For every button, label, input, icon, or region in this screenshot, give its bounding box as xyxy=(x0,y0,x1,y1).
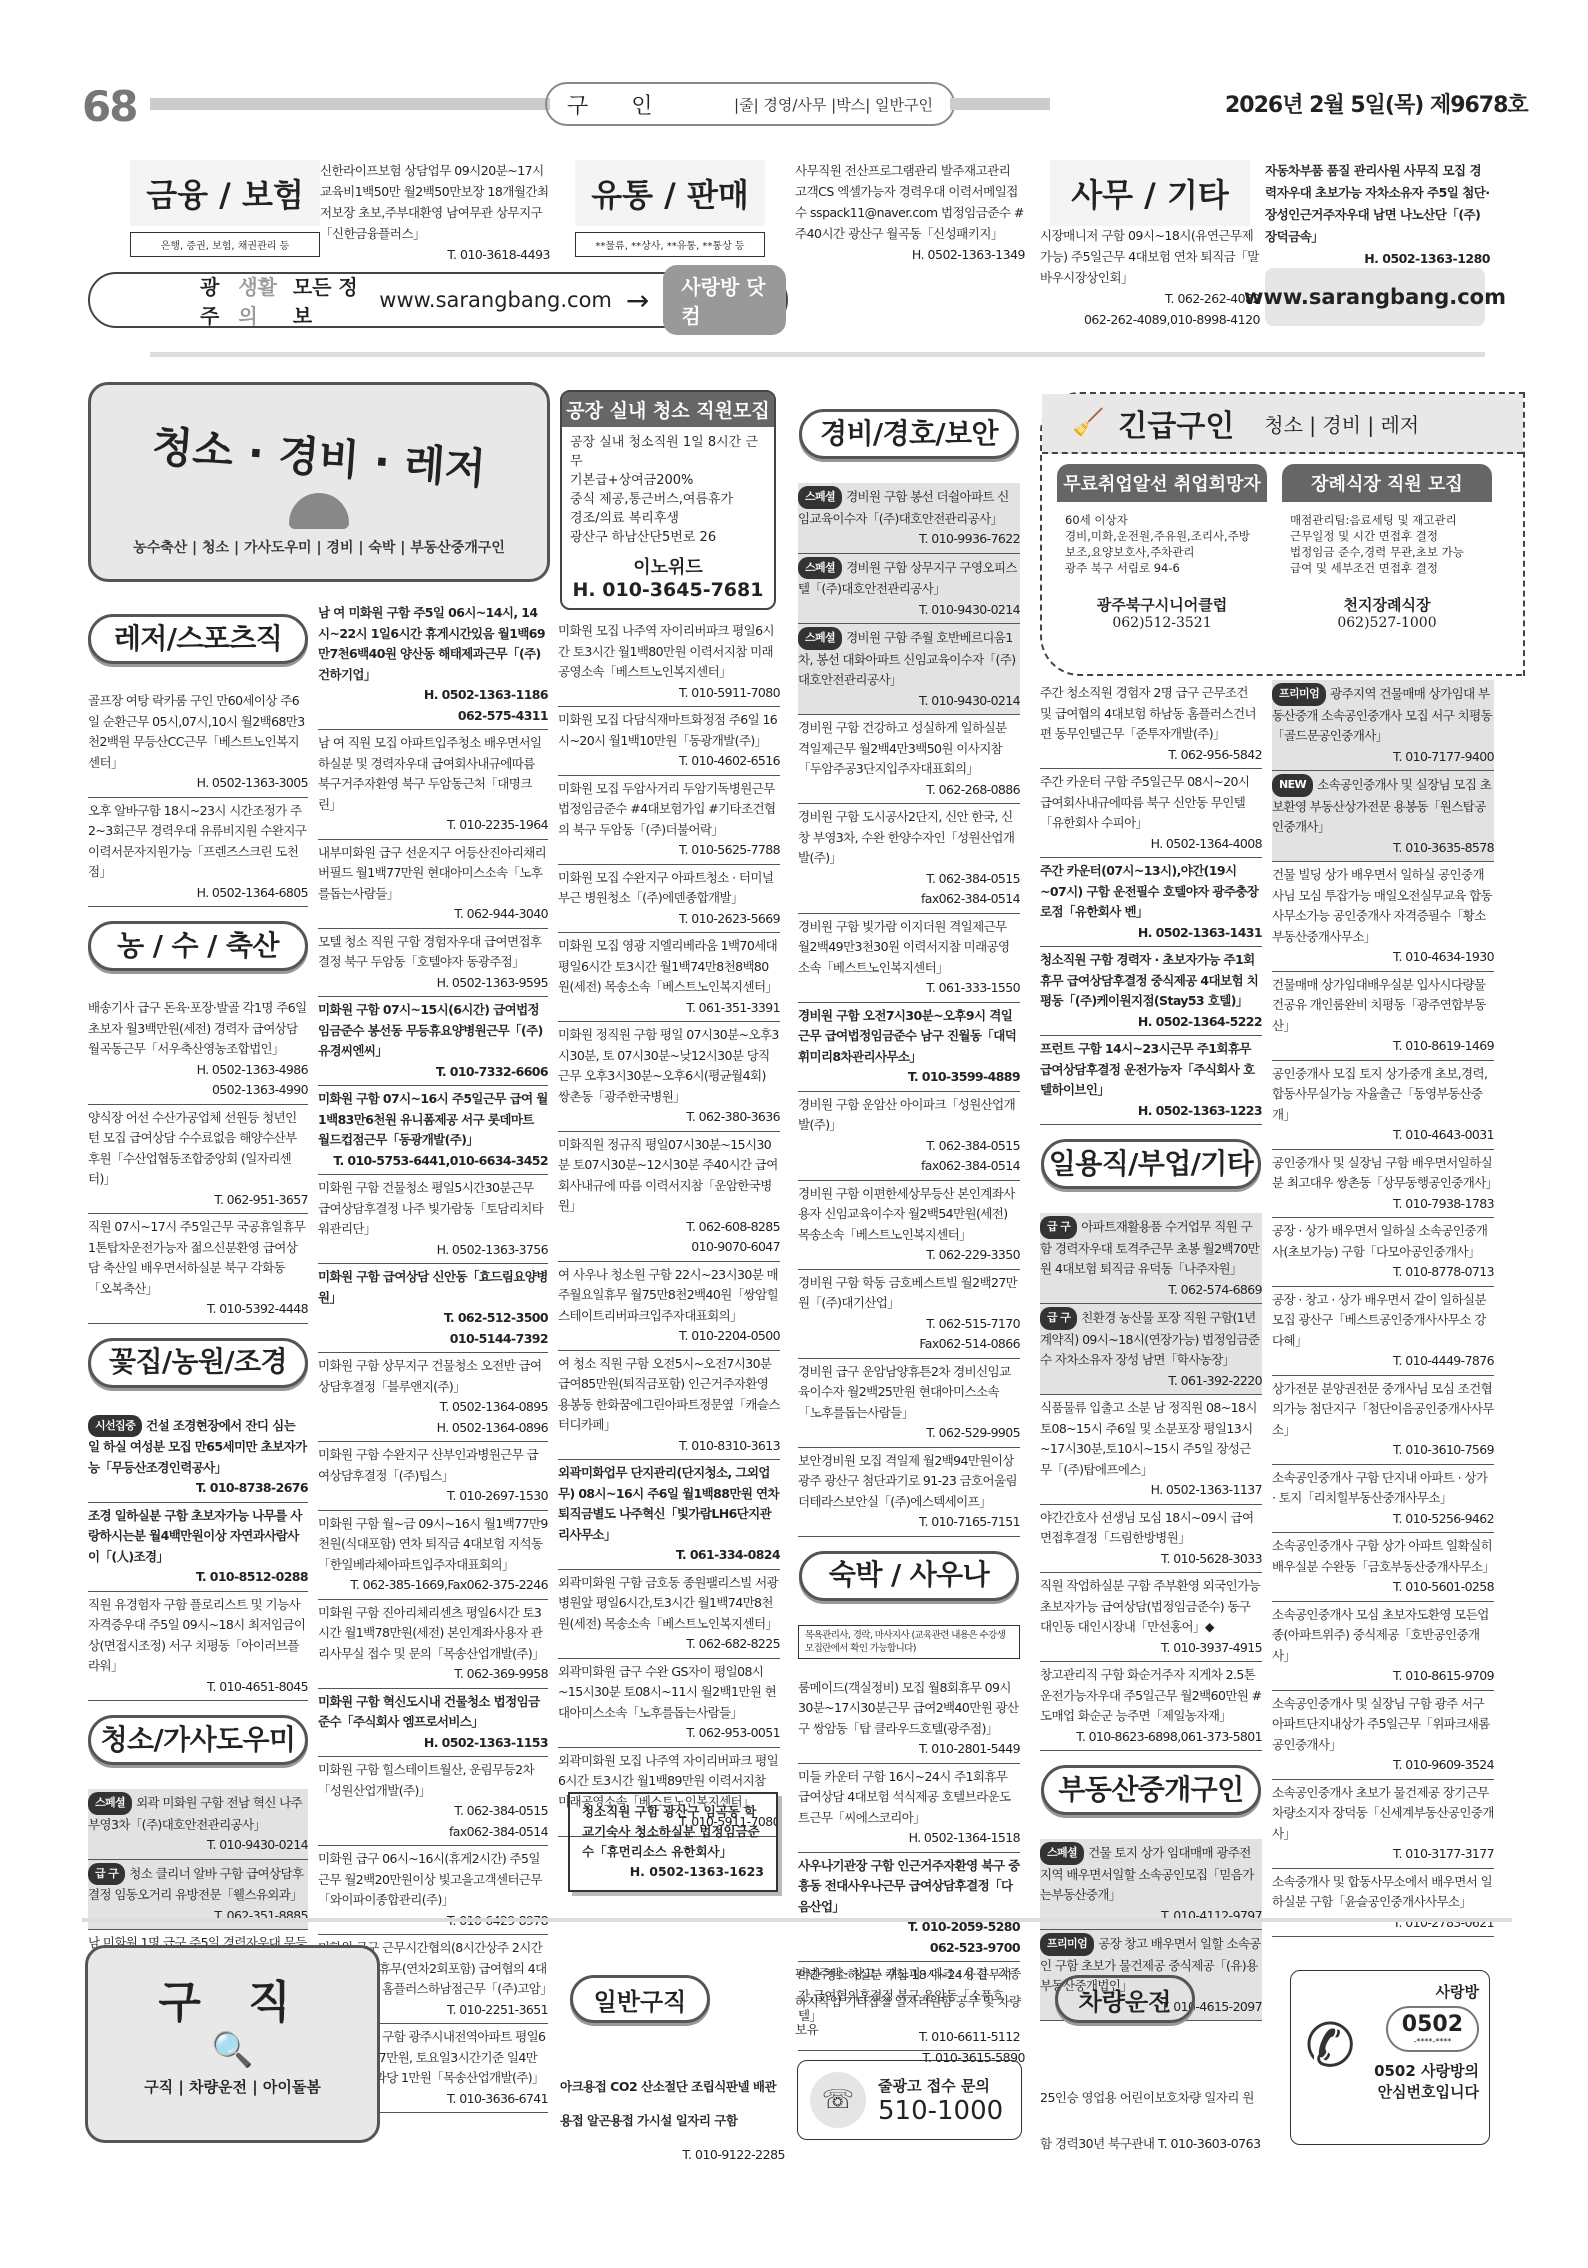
ad-phone: T. 010-3603-0763 xyxy=(1158,2136,1261,2151)
bullet: 중식 제공,통근버스,여름휴가 xyxy=(570,490,766,509)
classified-ad: 스페셜건물 토지 상가 임대매매 광주전지역 배우면서일할 소속공인모집「믿음가… xyxy=(1040,1839,1262,1930)
ad-text: 공인중개사 모집 토지 상가중개 초보,경력,합동사무실가능 자율출근「동영부동… xyxy=(1272,1066,1487,1122)
ad-phone: T. 062-385-1669,Fax062-375-2246 xyxy=(318,1575,548,1596)
ad-phone: fax062-384-0514 xyxy=(318,1822,548,1843)
classified-ad: 건물매매 상가임대배우실분 입사시다량물건공유 개인룸완비 치평동「광주연합부동… xyxy=(1272,972,1494,1061)
ad-text: 공장 · 창고 · 상가 배우면서 같이 일하실분 모집 광산구「베스트공인중개… xyxy=(1272,1292,1486,1348)
ad-phone: T. 010-8310-3613 xyxy=(558,1436,780,1457)
classified-ad: 미화원 구함 급여상담 신안동「효드림요양병원」T. 062-512-35000… xyxy=(318,1264,548,1353)
ad-phone: T. 010-3177-3177 xyxy=(1272,1844,1494,1865)
ad-text: 미화원 구함 혁신도시내 건물청소 법정임금준수「주식회사 엠프로서비스」 xyxy=(318,1694,540,1730)
category-title: 레저/스포츠직 xyxy=(88,614,308,664)
ad-phone: T. 062-384-0515 xyxy=(798,869,1020,890)
classified-ad: 외곽미화원 급구 수완 GS자이 평일08시~15시30분 토08시~11시 월… xyxy=(558,1659,780,1748)
ad-phone: 010-9070-6047 xyxy=(558,1237,780,1258)
ad-phone: T. 010-5601-0258 xyxy=(1272,1577,1494,1598)
ad-text: 프런트 구함 14시~23시근무 주1회휴무 급여상담후결정 운전가능자「주식회… xyxy=(1040,1041,1254,1097)
ad-phone: T. 010-8512-0288 xyxy=(88,1567,308,1588)
ad-phone: H. 0502-1363-1223 xyxy=(1040,1101,1262,1122)
category-title: 일용직/부업/기타 xyxy=(1041,1139,1261,1189)
ad-phone: T. 010-7165-7151 xyxy=(798,1512,1020,1533)
ad-text: 미화원 구함 07시~16시 주5일근무 급여 월1백83만6천원 유니폼제공 … xyxy=(318,1091,548,1147)
classified-ad: 건물 빌딩 상가 배우면서 일하실 공인중개사님 모심 투잡가능 매일오전실무교… xyxy=(1272,862,1494,972)
section-subtitle: |줄| 경영/사무 |박스| 일반구인 xyxy=(734,94,933,115)
ad-badge: 스페셜 xyxy=(798,627,842,650)
classified-ad: 야간간호사 선생님 모심 18시~09시 급여면접후결정「드림한방병원」T. 0… xyxy=(1040,1505,1262,1574)
ad-phone: T. 010-9122-2285 xyxy=(560,2138,785,2172)
ad-phone: T. 061-334-0824 xyxy=(558,1545,780,1566)
factory-ad-title: 공장 실내 청소 직원모집 xyxy=(562,392,774,427)
ad-text: 직원 유경험자 구함 플로리스트 및 기능사자격증우대 주5일 09시~18시 … xyxy=(88,1597,305,1674)
sarangbang-button[interactable]: 사랑방 닷컴 xyxy=(663,265,786,335)
ad-text: 여 사우나 청소원 구함 22시~23시30분 매주월요일휴무 월75만8천2백… xyxy=(558,1267,778,1323)
site-url-box[interactable]: www.sarangbang.com xyxy=(1265,268,1485,326)
classified-ad: 룸메이드(객실정비) 모집 월8회휴무 09시30분~17시30분근무 급여2백… xyxy=(798,1675,1020,1764)
ad-phone: T. 010-3599-4889 xyxy=(798,1067,1020,1088)
sarangbang-logo: 사랑방 xyxy=(1436,1981,1479,2002)
ad-text: 조경 일하실분 구함 초보자가능 나무를 사랑하시는분 월4백만원이상 자연과사… xyxy=(88,1508,302,1564)
ad-phone: T. 010-5628-3033 xyxy=(1040,1549,1262,1570)
ad-badge: 프리미엄 xyxy=(1040,1933,1094,1956)
classified-ad: 미화원 구함 혁신도시내 건물청소 법정임금준수「주식회사 엠프로서비스」H. … xyxy=(318,1689,548,1758)
main-section-subtitle: 농수축산 | 청소 | 가사도우미 | 경비 | 숙박 | 부동산중개구인 xyxy=(91,537,547,557)
issue-date: 2026년 2월 5일(목) 제9678호 xyxy=(1225,88,1528,119)
classified-ad: 조경 일하실분 구함 초보자가능 나무를 사랑하시는분 월4백만원이상 자연과사… xyxy=(88,1503,308,1592)
ad-text: 미화원 구함 힐스테이트월산, 운림무등2차「성원산업개발(주)」 xyxy=(318,1762,534,1798)
ad-badge: 시선집중 xyxy=(88,1415,142,1438)
ad-phone: H. 0502-1363-1186 xyxy=(318,685,548,706)
classified-ad: NEW소속공인중개사 및 실장님 모집 초보환영 부동산상가전문 용봉동「원스탑… xyxy=(1272,771,1494,862)
ad-text: 창고관리직 구함 화순거주자 지게차 2.5톤운전가능자우대 주5일근무 월2백… xyxy=(1040,1667,1262,1723)
ad-text: 외곽미화원 구함 금호동 종원팰리스빌 서광병원앞 평일6시간,토3시간 월1백… xyxy=(558,1575,778,1631)
column-4: 경비/경호/보안스페셜경비원 구함 봉선 더쉴아파트 신임교육이수자「(주)대호… xyxy=(798,395,1020,2051)
classified-ad: 급 구아파트재활용품 수거업무 직원 구함 경력자우대 토격주근무 초봉 월2백… xyxy=(1040,1213,1262,1304)
factory-ad-company: 이노위드 xyxy=(562,553,774,579)
ad-badge: 스페셜 xyxy=(798,557,842,580)
ad-top-3: 시장매니저 구함 09시~18시(유연근무제가능) 주5일근무 4대보험 연차 … xyxy=(1040,225,1260,330)
handset-icon: ✆ xyxy=(1305,2011,1355,2081)
ad-phone: T. 010-7938-1783 xyxy=(1272,1194,1494,1215)
classified-ad: 경비원 구함 도시공사2단지, 신안 한국, 신창 부영3차, 수완 한양수자인… xyxy=(798,804,1020,914)
classified-ad: 외곽미화업무 단지관리(단지청소, 그외업무) 08시~16시 주6일 월1백8… xyxy=(558,1460,780,1570)
ad-phone: T. 062-951-3657 xyxy=(88,1190,308,1211)
classified-ad: 미화원 정직원 구함 평일 07시30분~오후3시30분, 토 07시30분~낮… xyxy=(558,1022,780,1132)
ad-phone: T. 062-512-3500 xyxy=(318,1308,548,1329)
classified-ad: 스페셜경비원 구함 주월 호반베르디움1차, 봉선 대화아파트 신임교육이수자「… xyxy=(798,624,1020,715)
ad-text: 골프장 여탕 락카룸 구인 만60세이상 주6일 순환근무 05시,07시,10… xyxy=(88,693,305,770)
classified-ad: 경비원 구함 오전7시30분~오후9시 격일근무 급여법정임금준수 남구 진월동… xyxy=(798,1003,1020,1092)
ad-text: 판넬주택 · 창고 · 캐노피 · 데크 · 용접 · 각종하지작업 기타잡철 … xyxy=(795,1960,1025,2044)
contact-phone: 510-1000 xyxy=(878,2096,1003,2126)
ad-phone: T. 010-5392-4448 xyxy=(88,1299,308,1320)
ad-phone: T. 010-8623-6898,061-373-5801 xyxy=(1040,1727,1262,1748)
general-ad-1: 아크용접 CO2 산소절단 조립식판넬 배관용접 알곤용접 가시설 일자리 구함… xyxy=(560,2070,785,2172)
classified-ad: 미화원 구함 힐스테이트월산, 운림무등2차「성원산업개발(주)」T. 062-… xyxy=(318,1757,548,1846)
category-title: 청소/가사도우미 xyxy=(88,1715,308,1765)
urgent-box-name: 광주북구시니어클럽 xyxy=(1057,594,1267,615)
ad-phone: H. 0502-1363-1137 xyxy=(1040,1480,1262,1501)
ad-text: 경비원 구함 운암산 아이파크「성원산업개발(주)」 xyxy=(798,1097,1015,1133)
ad-badge: 스페셜 xyxy=(798,486,842,509)
urgent-box-title: 장례식장 직원 모집 xyxy=(1282,464,1492,502)
category-sub: **물류, **상사, **유통, **통상 등 xyxy=(575,232,765,257)
category-title: 숙박 / 사우나 xyxy=(799,1551,1019,1601)
ad-phone: H. 0502-1364-4008 xyxy=(1040,834,1262,855)
ad-phone: T. 010-3635-8578 xyxy=(1272,838,1494,859)
ad-phone: T. 010-2801-5449 xyxy=(798,1739,1020,1760)
ad-text: 미화원 구함 상무지구 건물청소 오전반 급여상담후결정「블루앤지(주)」 xyxy=(318,1358,541,1394)
ad-phone: H. 0502-1363-1280 xyxy=(1265,248,1490,270)
ad-phone: H. 0502-1363-1623 xyxy=(582,1862,764,1882)
classified-ad: 주간 카운터 구함 주5일근무 08시~20시 급여회사내규에따름 북구 신안동… xyxy=(1040,769,1262,858)
classified-ad: 미화원 모집 영광 지엘리베라움 1백70세대 평일6시간 토3시간 월1백74… xyxy=(558,933,780,1022)
contact-label: 줄광고 접수 문의 xyxy=(878,2075,1003,2096)
category-title: 농 / 수 / 축산 xyxy=(88,921,308,971)
classified-ad: 양식장 어선 수산가공업체 선원등 청년인턴 모집 급여상담 수수료없음 해양수… xyxy=(88,1105,308,1215)
classified-ad: 미화원 모집 다담식재마트화정점 주6일 16시~20시 월1백10만원「동광개… xyxy=(558,707,780,776)
classified-ad: 남 여 미화원 구함 주5일 06시~14시, 14시~22시 1일6시간 휴게… xyxy=(318,600,548,730)
ad-text: 경비원 구함 빛가람 이지더원 격일제근무 월2백49만3천30원 이력서지참 … xyxy=(798,919,1010,975)
classified-ad: 소속중개사 및 합동사무소에서 배우면서 일하실분 구함「윤슬공인중개사사무소」… xyxy=(1272,1869,1494,1938)
arrow-icon: → xyxy=(626,284,649,317)
ad-text: 모텔 청소 직원 구함 경험자우대 급여면접후결정 북구 두암동「호텔야자 동광… xyxy=(318,934,541,970)
category-title: 꽃집/농원/조경 xyxy=(88,1338,308,1388)
bullet: 광주 북구 서림로 94-6 xyxy=(1065,560,1259,576)
bullet: 공장 실내 청소직원 1일 8시간 근무 xyxy=(570,433,766,471)
ad-phone: T. 062-574-6869 xyxy=(1040,1280,1262,1301)
ad-phone: T. 010-2623-5669 xyxy=(558,909,780,930)
ad-text: 미화원 구함 수완지구 산부인과병원근무 급여상담후결정「(주)팁스」 xyxy=(318,1447,538,1483)
ad-text: 외곽미화원 급구 수완 GS자이 평일08시~15시30분 토08시~11시 월… xyxy=(558,1664,776,1720)
category-finance: 금융 / 보험 은행, 증권, 보험, 채권관리 등 xyxy=(130,160,320,257)
classified-ad: 공장 · 상가 배우면서 일하실 소속공인중개사(초보가능) 구함「다모아공인중… xyxy=(1272,1218,1494,1287)
divider xyxy=(82,1918,1512,1922)
ad-text: 외곽미화업무 단지관리(단지청소, 그외업무) 08시~16시 주6일 월1백8… xyxy=(558,1465,779,1542)
ad-phone: T. 062-384-0515 xyxy=(318,1801,548,1822)
ad-text: 주간 카운터 구함 주5일근무 08시~20시 급여회사내규에따름 북구 신안동… xyxy=(1040,774,1249,830)
column-2: 남 여 미화원 구함 주5일 06시~14시, 14시~22시 1일6시간 휴게… xyxy=(318,600,548,2113)
urgent-box-tel: 062)527-1000 xyxy=(1282,615,1492,631)
classified-ad: 경비원 구함 건강하고 성실하게 일하실분 격일제근무 월2백4만3백50원 이… xyxy=(798,715,1020,804)
ad-badge: 급 구 xyxy=(88,1863,125,1886)
main-section-header: 청소 · 경비 · 레저 농수축산 | 청소 | 가사도우미 | 경비 | 숙박… xyxy=(88,382,550,582)
ad-phone: T. 062-262-4082 xyxy=(1040,288,1260,309)
ad-phone: T. 010-8615-9709 xyxy=(1272,1666,1494,1687)
urgent-hiring-box: 🧹 긴급구인 청소 | 경비 | 레저 무료취업알선 취업희망자 60세 이상자… xyxy=(1040,392,1525,676)
ad-phone: T. 062-529-9905 xyxy=(798,1423,1020,1444)
classified-ad: 경비원 구함 학동 금호베스트빌 월2백27만원「(주)대기산업」T. 062-… xyxy=(798,1270,1020,1359)
classified-ad: 미화원 모집 두암사거리 두암기독병원근무 법정임금준수 #4대보험가입 #기타… xyxy=(558,776,780,865)
page-number: 68 xyxy=(82,82,136,131)
section-title: 구 인 xyxy=(567,89,687,120)
ad-phone: 0502-1363-4990 xyxy=(88,1080,308,1101)
gujik-subtitle: 구직 | 차량운전 | 아이돌봄 xyxy=(88,2076,377,2097)
ad-phone: H. 0502-1363-1349 xyxy=(795,244,1025,265)
classified-ad: 배송기사 급구 돈육·포장·발골 각1명 주6일 초보자 월3백만원(세전) 경… xyxy=(88,995,308,1105)
classified-ad: 내부미화원 급구 선운지구 어등산진아리채리버필드 월1백77만원 현대아미스소… xyxy=(318,840,548,929)
ad-text: 소속공인중개사 구함 단지내 아파트 · 상가 · 토지「리치힐부동산중개사무소… xyxy=(1272,1470,1487,1506)
ad-text: 남 여 미화원 구함 주5일 06시~14시, 14시~22시 1일6시간 휴게… xyxy=(318,605,545,682)
ad-phone: 062-575-4311 xyxy=(318,706,548,727)
ad-text: 미화원 구함 07시~15시(6시간) 급여법정임금준수 봉선동 무등휴요양병원… xyxy=(318,1002,543,1058)
ad-phone: T. 010-4602-6516 xyxy=(558,751,780,772)
ad-text: 남 여 직원 모집 아파트입주청소 배우면서일하실분 및 경력자우대 급여회사내… xyxy=(318,735,541,812)
safe-number: 0502 xyxy=(1402,2012,1463,2037)
ad-phone: T. 010-4634-1930 xyxy=(1272,947,1494,968)
ad-phone: T. 010-4449-7876 xyxy=(1272,1351,1494,1372)
column-1: 레저/스포츠직골프장 여탕 락카룸 구인 만60세이상 주6일 순환근무 05시… xyxy=(88,600,308,2040)
bullet: 광산구 하남산단5번로 26 xyxy=(570,528,766,547)
gujik-section-header: 구 직 🔍 구직 | 차량운전 | 아이돌봄 xyxy=(85,1945,380,2143)
ad-phone: fax062-384-0514 xyxy=(798,1156,1020,1177)
bullet: 기본급+상여금200% xyxy=(570,471,766,490)
ad-phone: T. 010-4651-8045 xyxy=(88,1677,308,1698)
banner-text: 생활의 xyxy=(238,271,286,329)
classified-ad: 소속공인중개사 초보가 물건제공 장기근무 차량소지자 장덕동「신세계부동산공인… xyxy=(1272,1780,1494,1869)
ad-text: 경비원 급구 운암남양휴튼2차 경비신임교육이수자 월2백25만원 현대아미스소… xyxy=(798,1364,1011,1420)
category-note: 목욕관리사, 경락, 마사지사 (교육관련 내용은 수강생모집란에서 확인 가능… xyxy=(798,1625,1020,1659)
ad-text: 소속공인중개사 모심 초보자도환영 모든업종(아파트위주) 중식제공「호반공인중… xyxy=(1272,1607,1489,1663)
ad-phone: fax062-384-0514 xyxy=(798,889,1020,910)
ad-phone: H. 0502-1363-4986 xyxy=(88,1060,308,1081)
ad-phone: T. 062-608-8285 xyxy=(558,1217,780,1238)
classified-ad: 여 청소 직원 구함 오전5시~오전7시30분 급여85만원(퇴직금포함) 인근… xyxy=(558,1351,780,1461)
ad-text: 상가전문 분양권전문 중개사님 모심 조건협의가능 첨단지구「첨단이음공인중개사… xyxy=(1272,1381,1494,1437)
urgent-subtitle: 청소 | 경비 | 레저 xyxy=(1264,409,1419,438)
classified-ad: 경비원 구함 이편한세상무등산 본인계좌사용자 신임교육이수자 월2백54만원(… xyxy=(798,1181,1020,1270)
ad-badge: NEW xyxy=(1272,774,1313,797)
ad-text: 건물매매 상가임대배우실분 입사시다량물건공유 개인룸완비 치평동「광주연합부동… xyxy=(1272,977,1486,1033)
ad-text: 청소직원 구함 광산구 임곡동 학교기숙사 청소하실분 법정임금준수「휴먼리소스… xyxy=(582,1802,764,1862)
column-6: 프리미엄광주지역 건물매매 상가임대 부동산중개 소속공인중개사 모집 서구 치… xyxy=(1272,680,1494,1937)
urgent-box-senior: 무료취업알선 취업희망자 60세 이상자 경비,미화,운전원,주유원,조리사,주… xyxy=(1057,464,1267,631)
ad-text: 룸메이드(객실정비) 모집 월8회휴무 09시30분~17시30분근무 급여2백… xyxy=(798,1680,1019,1736)
classified-ad: 공장 · 창고 · 상가 배우면서 같이 일하실분 모집 광산구「베스트공인중개… xyxy=(1272,1287,1494,1376)
ad-phone: T. 062-268-0886 xyxy=(798,780,1020,801)
classified-ad: 사우나기관장 구함 인근거주자환영 북구 중흥동 전대사우나근무 급여상담후결정… xyxy=(798,1853,1020,1963)
general-ad-2: 판넬주택 · 창고 · 캐노피 · 데크 · 용접 · 각종하지작업 기타잡철 … xyxy=(795,1960,1025,2072)
category-office: 사무 / 기타 xyxy=(1050,160,1250,226)
ad-phone: T. 062-953-0051 xyxy=(558,1723,780,1744)
classified-ad: 여 사우나 청소원 구함 22시~23시30분 매주월요일휴무 월75만8천2백… xyxy=(558,1262,780,1351)
classified-ad: 경비원 급구 운암남양휴튼2차 경비신임교육이수자 월2백25만원 현대아미스소… xyxy=(798,1359,1020,1448)
ad-text: 소속중개사 및 합동사무소에서 배우면서 일하실분 구함「윤슬공인중개사사무소」 xyxy=(1272,1874,1492,1910)
ad-phone: T. 010-4112-9797 xyxy=(1040,1906,1262,1927)
classified-ad: 식품물류 입출고 소분 남 정직원 08~18시 토08~15시 주6일 및 소… xyxy=(1040,1395,1262,1505)
ad-text: 주간 카운터(07시~13시),야간(19시~07시) 구함 운전필수 호텔야자… xyxy=(1040,863,1258,919)
ad-text: 소속공인중개사 및 실장님 구함 광주 서구 아파트단지내상가 주5일근무「위파… xyxy=(1272,1696,1490,1752)
ad-text: 시장매니저 구함 09시~18시(유연근무제가능) 주5일근무 4대보험 연차 … xyxy=(1040,225,1260,288)
urgent-box-name: 천지장례식장 xyxy=(1282,594,1492,615)
ad-text: 공인중개사 및 실장님 구함 배우면서일하실분 최고대우 쌍촌동「상무동행공인중… xyxy=(1272,1155,1498,1191)
classified-ad: 공인중개사 모집 토지 상가중개 초보,경력,합동사무실가능 자율출근「동영부동… xyxy=(1272,1061,1494,1150)
category-title: 금융 / 보험 xyxy=(130,160,320,226)
ad-text: 미화원 급구 06시~16시(휴게2시간) 주5일근무 월2백20만원이상 빛고… xyxy=(318,1851,542,1907)
classified-ad: 미화원 구함 건물청소 평일5시간30분근무 급여상담후결정 나주 빛가람동「토… xyxy=(318,1175,548,1264)
ad-badge: 스페셜 xyxy=(88,1792,132,1815)
ad-phone: T. 010-2235-1964 xyxy=(318,815,548,836)
col3-box-ad: 청소직원 구함 광산구 임곡동 학교기숙사 청소하실분 법정임금준수「휴먼리소스… xyxy=(568,1770,778,1892)
ad-top-1: 신한라이프보험 상담업무 09시20분~17시 교육비1백50만 월2백50만보… xyxy=(320,160,550,265)
ad-text: 미화원 구함 월~금 09시~16시 월1백77만9천원(식대포함) 연차 퇴직… xyxy=(318,1516,548,1572)
classified-ad: 소속공인중개사 구함 상가 아파트 일확실히배우실분 수완동「금호부동산중개사무… xyxy=(1272,1533,1494,1602)
ad-phone: T. 061-333-1550 xyxy=(798,978,1020,999)
classified-ad: 미화원 구함 월~금 09시~16시 월1백77만9천원(식대포함) 연차 퇴직… xyxy=(318,1511,548,1600)
ad-phone: T. 062-351-8885 xyxy=(88,1906,308,1927)
classified-ad: 미들 카운터 구함 16시~24시 주1회휴무 급여상담 4대보험 석식제공 호… xyxy=(798,1764,1020,1853)
ad-text: 주간 청소직원 경험자 2명 급구 근무조건 및 급여협의 4대보험 하남동 홈… xyxy=(1040,685,1256,741)
ad-text: 미화원 모집 나주역 자이리버파크 평일6시간 토3시간 월1백80만원 이력서… xyxy=(558,623,774,679)
ad-phone: T. 062-944-3040 xyxy=(318,904,548,925)
bullet: 매점관리팀:음료세팅 및 재고관리 xyxy=(1290,512,1484,528)
banner-url[interactable]: www.sarangbang.com xyxy=(379,288,612,312)
main-section-title: 청소 · 경비 · 레저 xyxy=(89,409,548,501)
magnifier-icon: 🔍 xyxy=(88,2030,377,2070)
factory-cleaning-ad: 공장 실내 청소 직원모집 공장 실내 청소직원 1일 8시간 근무 기본급+상… xyxy=(560,390,776,610)
ad-phone: T. 010-5256-9462 xyxy=(1272,1509,1494,1530)
ad-text: 내부미화원 급구 선운지구 어등산진아리채리버필드 월1백77만원 현대아미스소… xyxy=(318,845,546,901)
classified-ad: 미화원 구함 07시~15시(6시간) 급여법정임금준수 봉선동 무등휴요양병원… xyxy=(318,997,548,1086)
urgent-box-title: 무료취업알선 취업희망자 xyxy=(1057,464,1267,502)
classified-ad: 소속공인중개사 구함 단지내 아파트 · 상가 · 토지「리치힐부동산중개사무소… xyxy=(1272,1465,1494,1534)
classified-ad: 미화원 구함 수완지구 산부인과병원근무 급여상담후결정「(주)팁스」T. 01… xyxy=(318,1442,548,1511)
column-5: 주간 청소직원 경험자 2명 급구 근무조건 및 급여협의 4대보험 하남동 홈… xyxy=(1040,680,1262,2021)
ad-phone: H. 0502-1363-3756 xyxy=(318,1240,548,1261)
ad-text: 미화직원 정규직 평일07시30분~15시30분 토07시30분~12시30분 … xyxy=(558,1137,778,1214)
classified-ad: 공인중개사 및 실장님 구함 배우면서일하실분 최고대우 쌍촌동「상무동행공인중… xyxy=(1272,1150,1494,1219)
ad-phone: T. 062-682-8225 xyxy=(558,1634,780,1655)
ad-phone: T. 062-956-5842 xyxy=(1040,745,1262,766)
urgent-header: 🧹 긴급구인 청소 | 경비 | 레저 xyxy=(1042,394,1523,454)
ad-text: 경비원 구함 건강하고 성실하게 일하실분 격일제근무 월2백4만3백50원 이… xyxy=(798,720,1007,776)
classified-ad: 프런트 구함 14시~23시근무 주1회휴무 급여상담후결정 운전가능자「주식회… xyxy=(1040,1036,1262,1125)
ad-phone: H. 0502-1364-0896 xyxy=(318,1418,548,1439)
classified-ad: 경비원 구함 운암산 아이파크「성원산업개발(주)」T. 062-384-051… xyxy=(798,1092,1020,1181)
ad-text: 경비원 구함 오전7시30분~오후9시 격일근무 급여법정임금준수 남구 진월동… xyxy=(798,1008,1016,1064)
bullet: 급여 및 세부조건 면접후 결정 xyxy=(1290,560,1484,576)
safe-line2: 안심번호입니다 xyxy=(1378,2081,1479,2102)
classified-ad: 미화원 구함 07시~16시 주5일근무 급여 월1백83만6천원 유니폼제공 … xyxy=(318,1086,548,1175)
ad-phone: T. 010-5753-6441,010-6634-3452 xyxy=(318,1151,548,1172)
ad-text: 소속공인중개사 구함 상가 아파트 일확실히배우실분 수완동「금호부동산중개사무… xyxy=(1272,1538,1494,1574)
ad-phone: H. 0502-1363-1431 xyxy=(1040,923,1262,944)
safe-number-mask: -****-**** xyxy=(1402,2037,1463,2046)
classified-ad: 외곽미화원 구함 금호동 종원팰리스빌 서광병원앞 평일6시간,토3시간 월1백… xyxy=(558,1570,780,1659)
classified-ad: 미화원 구함 진아리체리센츠 평일6시간 토3시간 월1백78만원(세전) 본인… xyxy=(318,1600,548,1689)
ad-phone: T. 010-5911-7080 xyxy=(558,683,780,704)
classified-ad: 스페셜경비원 구함 상무지구 구영오피스텔「(주)대호안전관리공사」T. 010… xyxy=(798,554,1020,625)
ad-phone: T. 010-9430-0214 xyxy=(798,600,1020,621)
ad-phone: T. 010-8619-1469 xyxy=(1272,1036,1494,1057)
ad-phone: T. 062-384-0515 xyxy=(798,1136,1020,1157)
urgent-title: 긴급구인 xyxy=(1118,401,1234,445)
ad-phone: H. 0502-1364-6805 xyxy=(88,883,308,904)
ad-text: 자동차부품 품질 관리사원 사무직 모집 경력자우대 초보가능 자차소유자 주5… xyxy=(1265,160,1490,248)
ad-text: 미화원 모집 두암사거리 두암기독병원근무 법정임금준수 #4대보험가입 #기타… xyxy=(558,781,775,837)
classified-ad: 모텔 청소 직원 구함 경험자우대 급여면접후결정 북구 두암동「호텔야자 동광… xyxy=(318,929,548,998)
banner-text: 광주 xyxy=(200,271,232,329)
category-title: 부동산중개구인 xyxy=(1041,1765,1261,1815)
broom-icon: 🧹 xyxy=(1072,408,1104,438)
ad-phone: T. 062-515-7170 xyxy=(798,1314,1020,1335)
bullet: 60세 이상자 xyxy=(1065,512,1259,528)
classified-ad: 미화원 모집 나주역 자이리버파크 평일6시간 토3시간 월1백80만원 이력서… xyxy=(558,618,780,707)
ad-text: 청소직원 구함 경력자 · 초보자가능 주1회휴무 급여상담후결정 중식제공 4… xyxy=(1040,952,1258,1008)
phone-icon: ☏ xyxy=(810,2072,866,2128)
ad-text: 미화원 모집 영광 지엘리베라움 1백70세대 평일6시간 토3시간 월1백74… xyxy=(558,938,777,994)
bullet: 경비,미화,운전원,주유원,조리사,주방보조,요양보호사,주차관리 xyxy=(1065,528,1259,560)
classified-ad: 프리미엄광주지역 건물매매 상가임대 부동산중개 소속공인중개사 모집 서구 치… xyxy=(1272,680,1494,771)
category-title: 사무 / 기타 xyxy=(1050,160,1250,226)
ad-text: 신한라이프보험 상담업무 09시20분~17시 교육비1백50만 월2백50만보… xyxy=(320,160,550,244)
classified-ad: 주간 카운터(07시~13시),야간(19시~07시) 구함 운전필수 호텔야자… xyxy=(1040,858,1262,947)
ad-text: 야간간호사 선생님 모심 18시~09시 급여면접후결정「드림한방병원」 xyxy=(1040,1510,1253,1546)
factory-ad-phone: H. 010-3645-7681 xyxy=(562,579,774,601)
ad-phone: T. 010-8738-2676 xyxy=(88,1478,308,1499)
classified-ad: 남 여 직원 모집 아파트입주청소 배우면서일하실분 및 경력자우대 급여회사내… xyxy=(318,730,548,840)
sarangbang-banner[interactable]: 광주 생활의 모든 정보 www.sarangbang.com → 사랑방 닷컴 xyxy=(88,272,788,328)
ad-phone: T. 010-9430-0214 xyxy=(88,1835,308,1856)
bullet: 법정임금 준수,경력 무관,초보 가능 xyxy=(1290,544,1484,560)
ad-text: 아크용접 CO2 산소절단 조립식판넬 배관용접 알곤용접 가시설 일자리 구함 xyxy=(560,2070,785,2138)
classified-ad: 미화원 구함 상무지구 건물청소 오전반 급여상담후결정「블루앤지(주)」T. … xyxy=(318,1353,548,1442)
ad-text: 경비원 구함 이편한세상무등산 본인계좌사용자 신임교육이수자 월2백54만원(… xyxy=(798,1186,1015,1242)
ad-text: 보안경비원 모집 격일제 월2백94만원이상 광주 광산구 첨단과기로 91-2… xyxy=(798,1453,1017,1509)
ad-text: 사무직원 전산프로그램관리 발주재고관리 고객CS 엑셀가능자 경력우대 이력서… xyxy=(795,160,1025,244)
classified-ad: 스페셜경비원 구함 봉선 더쉴아파트 신임교육이수자「(주)대호안전관리공사」T… xyxy=(798,483,1020,554)
gujik-title: 구 직 xyxy=(88,1966,377,2030)
ad-phone: T. 010-7177-9400 xyxy=(1272,747,1494,768)
safe-number-box: 사랑방 ✆ 0502 -****-**** 0502 사랑방의 안심번호입니다 xyxy=(1290,1970,1490,2145)
ad-phone: T. 010-2204-0500 xyxy=(558,1326,780,1347)
ad-phone: T. 062-229-3350 xyxy=(798,1245,1020,1266)
category-title: 경비/경호/보안 xyxy=(799,409,1019,459)
ad-text: 소속공인중개사 초보가 물건제공 장기근무 차량소지자 장덕동「신세계부동산공인… xyxy=(1272,1785,1494,1841)
ad-text: 오후 알바구함 18시~23시 시간조정가 주2~3회근무 경력우대 유류비지원… xyxy=(88,803,306,880)
ad-text: 미화원 모집 다담식재마트화정점 주6일 16시~20시 월1백10만원「동광개… xyxy=(558,712,777,748)
ad-phone: Fax062-514-0866 xyxy=(798,1334,1020,1355)
classified-ad: 소속공인중개사 모심 초보자도환영 모든업종(아파트위주) 중식제공「호반공인중… xyxy=(1272,1602,1494,1691)
header-bar xyxy=(150,98,550,110)
ad-phone: T. 062-369-9958 xyxy=(318,1664,548,1685)
ad-top-4: 자동차부품 품질 관리사원 사무직 모집 경력자우대 초보가능 자차소유자 주5… xyxy=(1265,160,1490,270)
column-3: 미화원 모집 나주역 자이리버파크 평일6시간 토3시간 월1백80만원 이력서… xyxy=(558,618,780,1837)
urgent-box-tel: 062)512-3521 xyxy=(1057,615,1267,631)
ad-phone: T. 010-3610-7569 xyxy=(1272,1440,1494,1461)
classified-ad: 시선집중건설 조경현장에서 잔디 심는 일 하실 여성분 모집 만65세미만 초… xyxy=(88,1412,308,1503)
ad-text: 미들 카운터 구함 16시~24시 주1회휴무 급여상담 4대보험 석식제공 호… xyxy=(798,1769,1011,1825)
ad-badge: 스페셜 xyxy=(1040,1842,1084,1865)
classified-ad: 직원 작업하실분 구함 주부환영 외국인가능 초보자가능 급여상담(법정임금준수… xyxy=(1040,1573,1262,1662)
urgent-box-funeral: 장례식장 직원 모집 매점관리팀:음료세팅 및 재고관리 근무일정 및 시간 면… xyxy=(1282,464,1492,631)
ad-badge: 급 구 xyxy=(1040,1216,1077,1239)
classified-ad: 주간 청소직원 경험자 2명 급구 근무조건 및 급여협의 4대보험 하남동 홈… xyxy=(1040,680,1262,769)
ad-phone: T. 010-8778-0713 xyxy=(1272,1262,1494,1283)
ad-text: 미화원 구함 건물청소 평일5시간30분근무 급여상담후결정 나주 빛가람동「토… xyxy=(318,1180,543,1236)
ad-phone: T. 010-3618-4493 xyxy=(320,244,550,265)
ad-top-2: 사무직원 전산프로그램관리 발주재고관리 고객CS 엑셀가능자 경력우대 이력서… xyxy=(795,160,1025,265)
ad-phone: H. 0502-1364-1518 xyxy=(798,1828,1020,1849)
category-retail: 유통 / 판매 **물류, **상사, **유통, **통상 등 xyxy=(575,160,765,257)
ad-phone: T. 010-3937-4915 xyxy=(1040,1638,1262,1659)
ad-text: 미화원 모집 수완지구 아파트청소 · 터미널부근 병원청소「(주)에덴종합개발… xyxy=(558,870,773,906)
ad-phone: T. 061-351-3391 xyxy=(558,998,780,1019)
ad-phone: T. 0502-1364-0895 xyxy=(318,1397,548,1418)
ad-text: 미화원 정직원 구함 평일 07시30분~오후3시30분, 토 07시30분~낮… xyxy=(558,1027,779,1104)
ad-text: 여 청소 직원 구함 오전5시~오전7시30분 급여85만원(퇴직금포함) 인근… xyxy=(558,1356,780,1433)
ad-phone: 010-5144-7392 xyxy=(318,1329,548,1350)
classified-ad: 직원 07시~17시 주5일근무 국공휴일휴무 1톤탑차운전가능자 젊으신분환영… xyxy=(88,1214,308,1324)
